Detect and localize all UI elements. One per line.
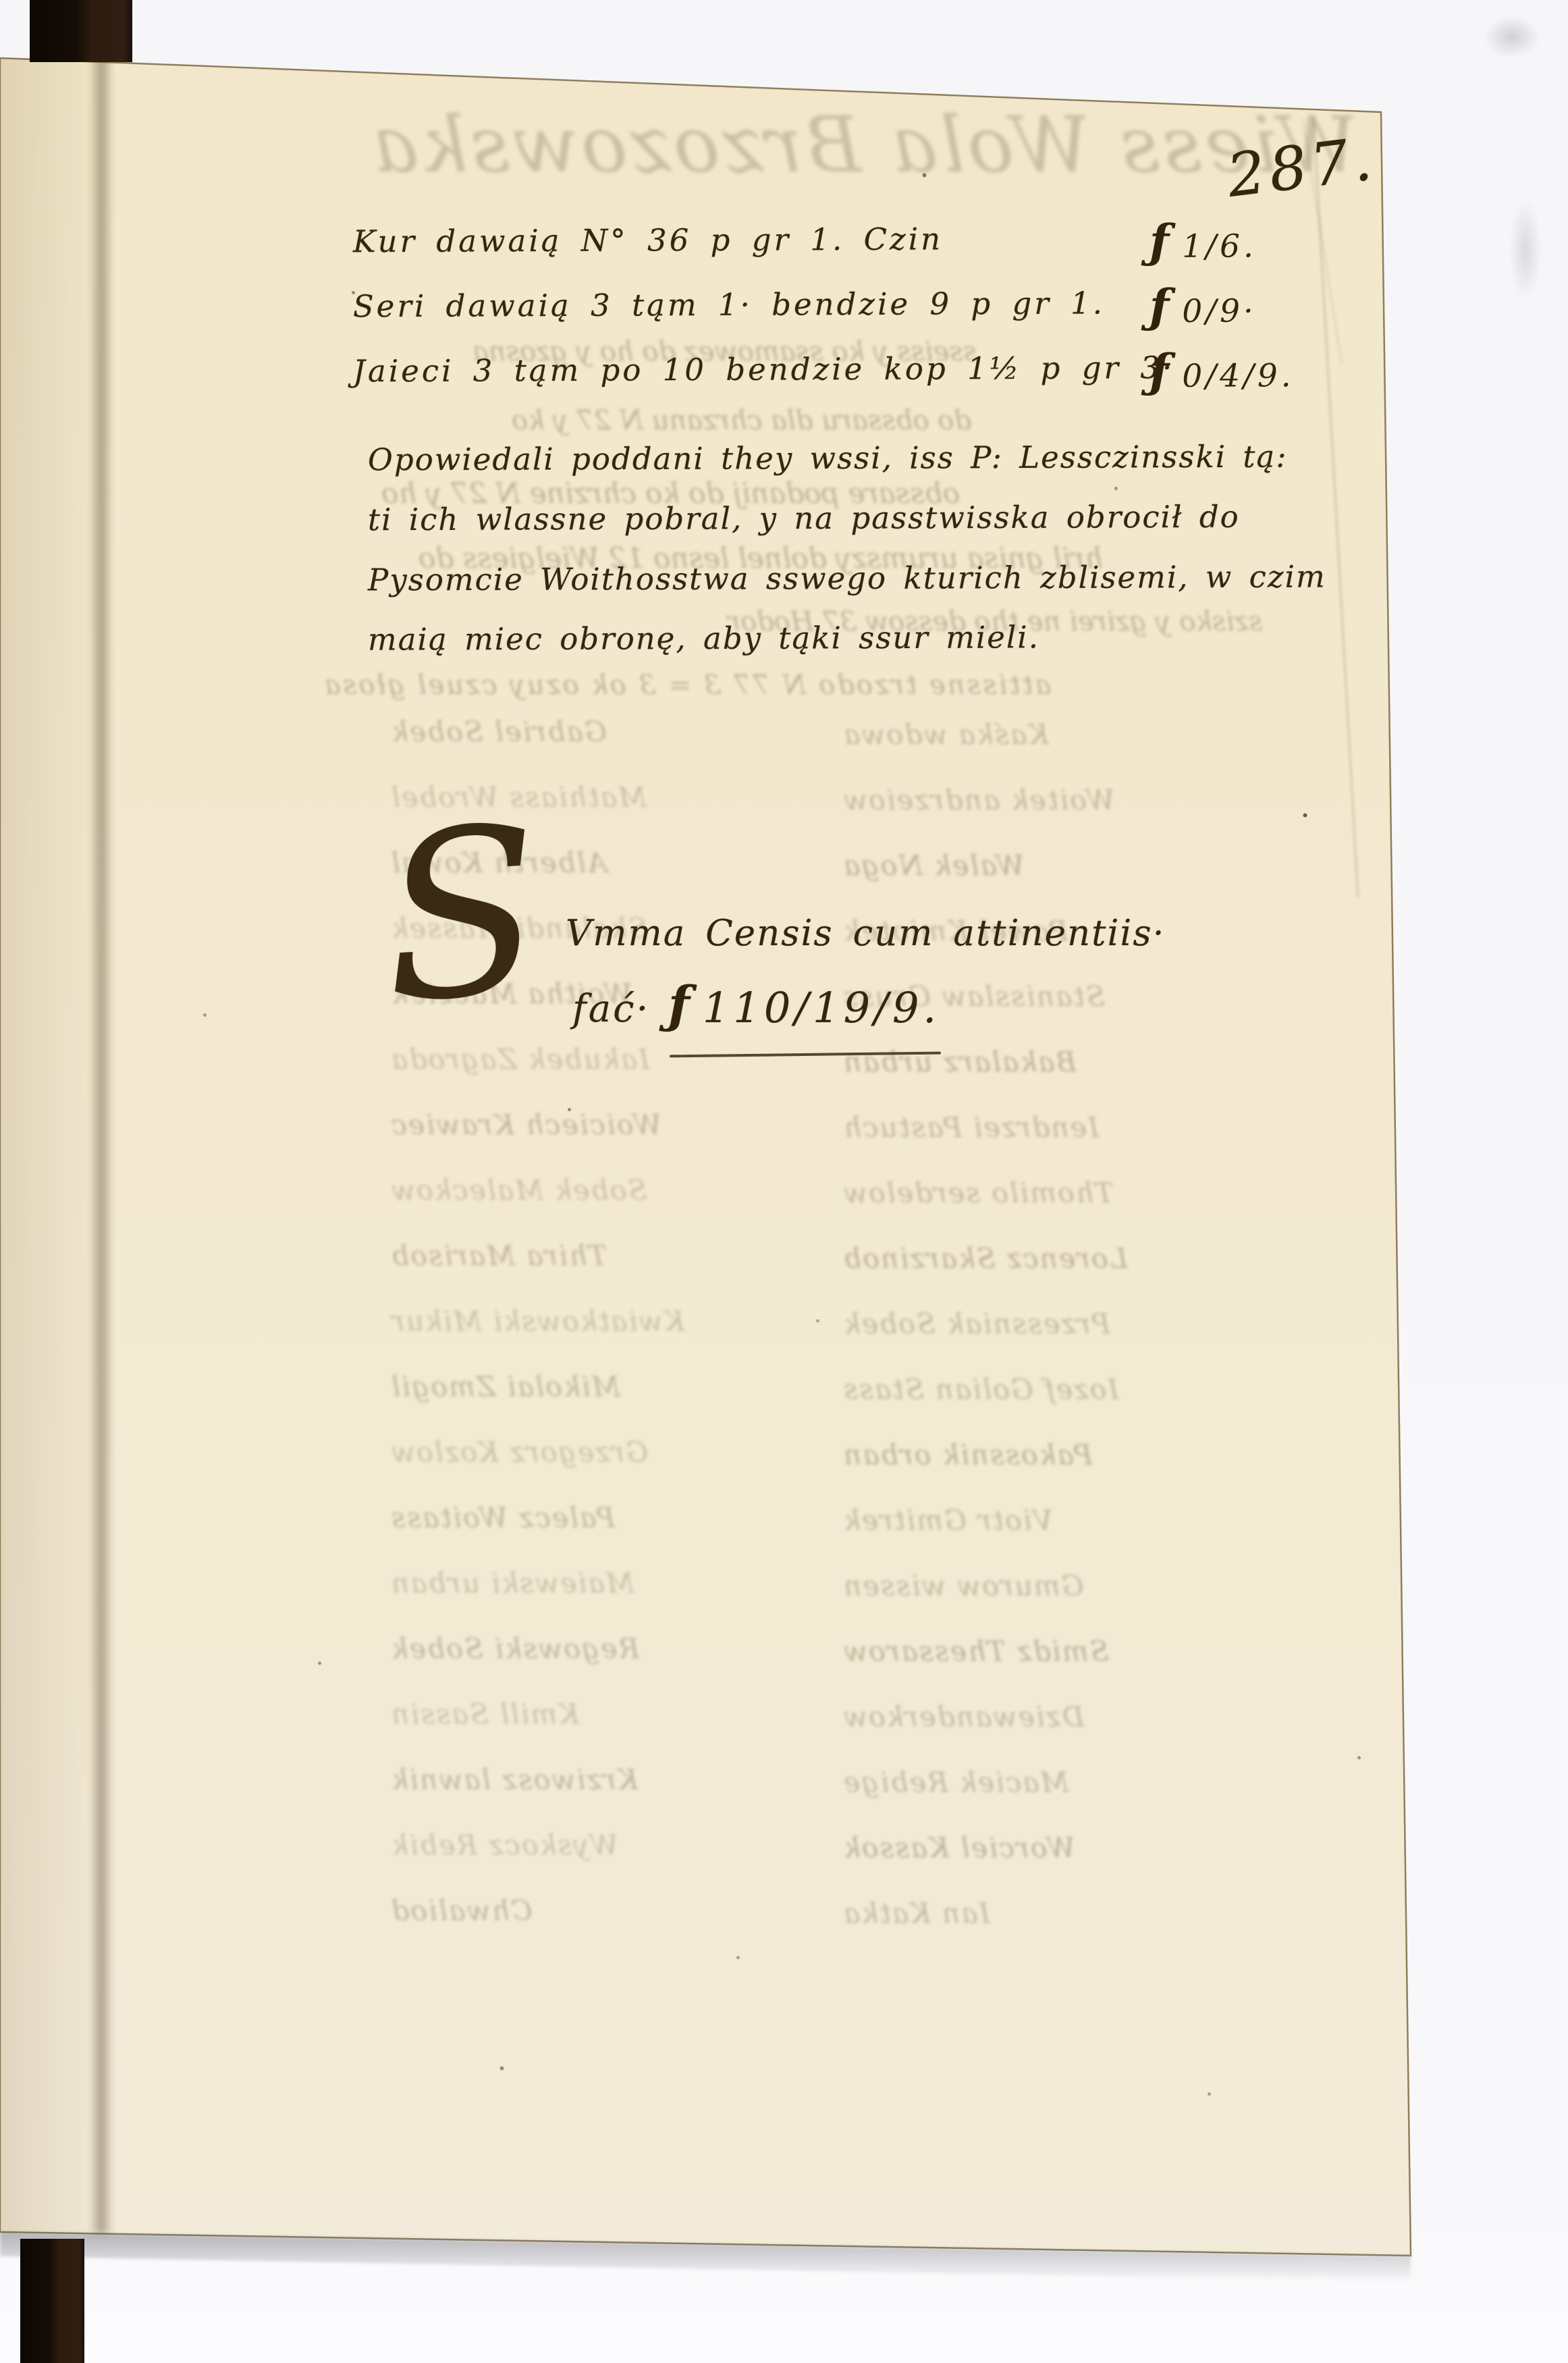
page-background <box>0 0 1568 2363</box>
binding-tape-bottom <box>20 2239 84 2363</box>
paper-specks <box>0 0 2 2</box>
binding-tape-top <box>30 0 132 62</box>
paper-sheet <box>0 58 1411 2256</box>
scanned-manuscript: Wiess Wola Brzozowska sseiss y ko ssamow… <box>0 0 1568 2363</box>
gutter-crease <box>89 58 113 2233</box>
